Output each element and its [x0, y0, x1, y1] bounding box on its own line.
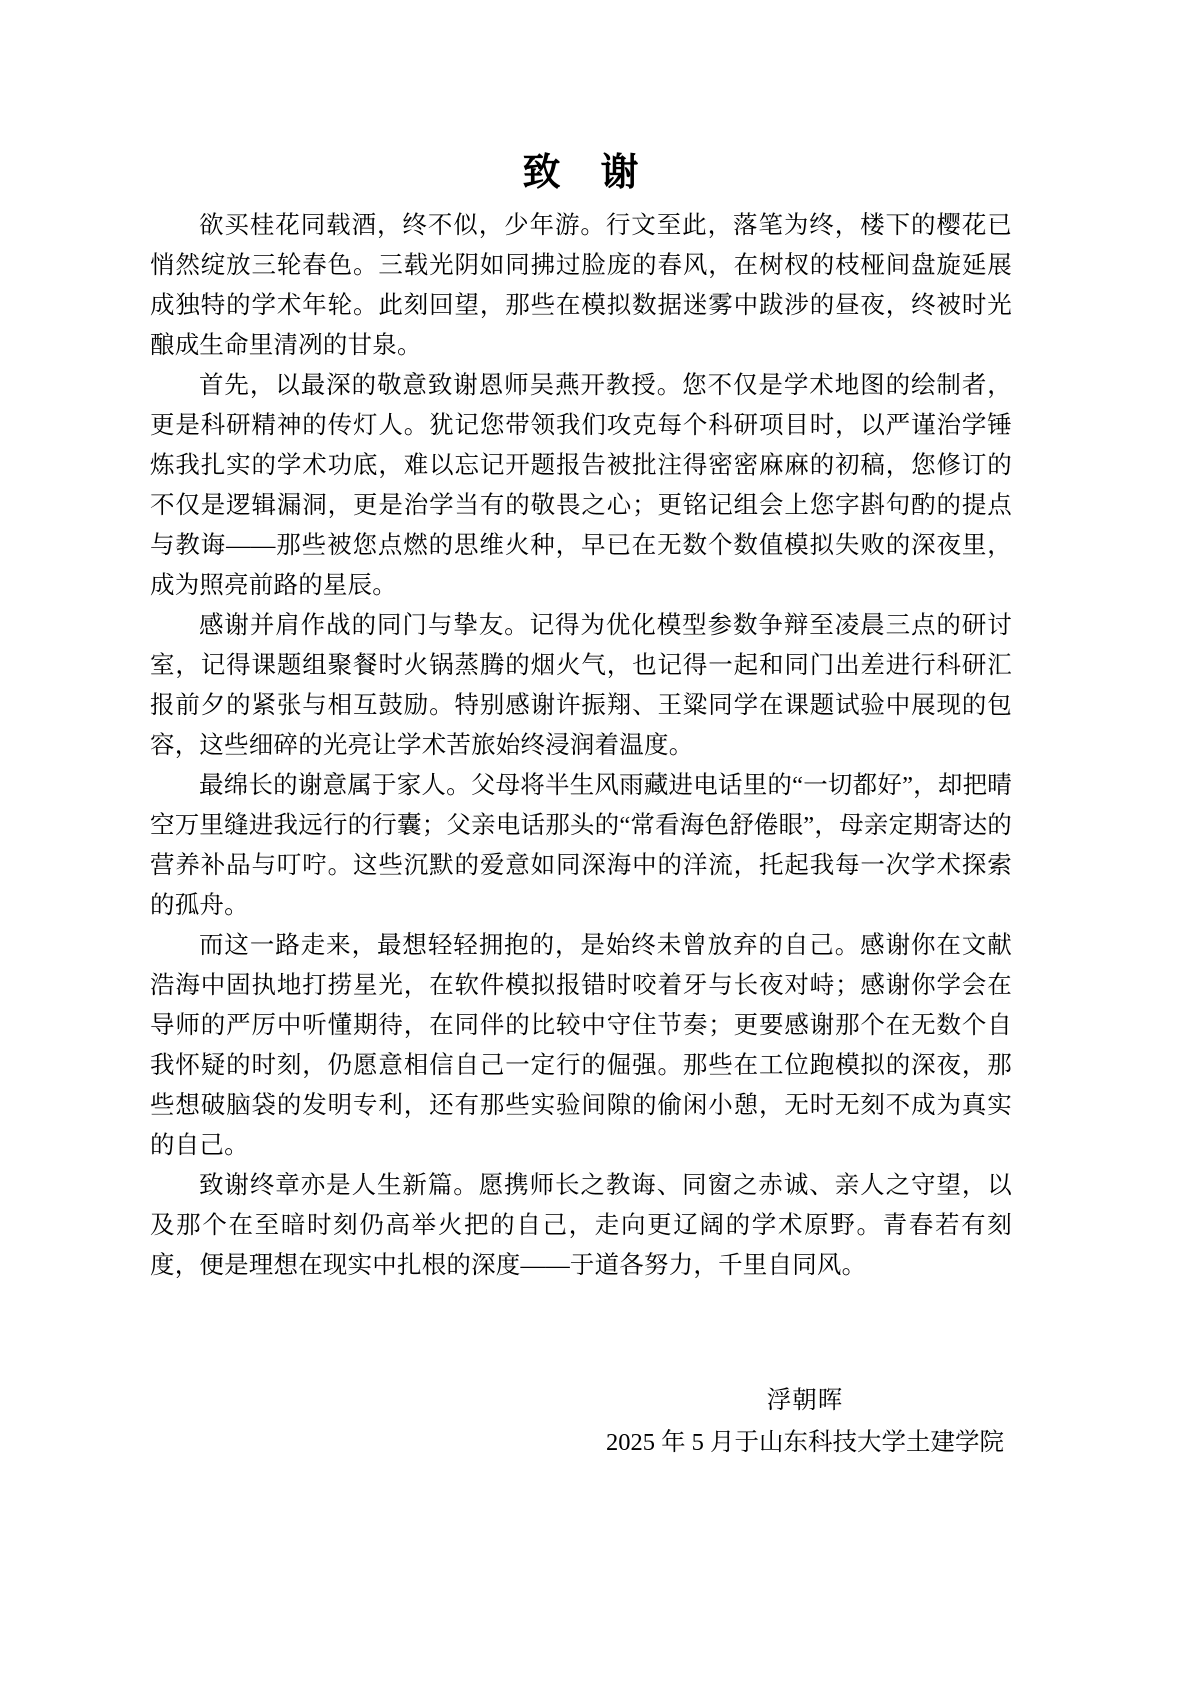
document-page: 致 谢 欲买桂花同载酒，终不似，少年游。行文至此，落笔为终，楼下的樱花已悄然绽放…: [0, 0, 1190, 1683]
paragraph-self-thanks: 而这一路走来，最想轻轻拥抱的，是始终未曾放弃的自己。感谢你在文献浩海中固执地打捞…: [150, 926, 1012, 1166]
paragraph-peers-thanks: 感谢并肩作战的同门与挚友。记得为优化模型参数争辩至凌晨三点的研讨室，记得课题组聚…: [150, 606, 1012, 766]
paragraph-opening: 欲买桂花同载酒，终不似，少年游。行文至此，落笔为终，楼下的樱花已悄然绽放三轮春色…: [150, 206, 1012, 366]
page-title: 致 谢: [150, 146, 1012, 200]
document-body: 欲买桂花同载酒，终不似，少年游。行文至此，落笔为终，楼下的樱花已悄然绽放三轮春色…: [150, 206, 1012, 1286]
paragraph-advisor-thanks: 首先，以最深的敬意致谢恩师吴燕开教授。您不仅是学术地图的绘制者，更是科研精神的传…: [150, 366, 1012, 606]
paragraph-family-thanks: 最绵长的谢意属于家人。父母将半生风雨藏进电话里的“一切都好”，却把晴空万里缝进我…: [150, 766, 1012, 926]
paragraph-closing: 致谢终章亦是人生新篇。愿携师长之教诲、同窗之赤诚、亲人之守望，以及那个在至暗时刻…: [150, 1166, 1012, 1286]
signature-date-line: 2025 年 5 月于山东科技大学土建学院: [592, 1422, 1018, 1464]
author-name: 浮朝晖: [592, 1380, 1018, 1422]
signature-block: 浮朝晖 2025 年 5 月于山东科技大学土建学院: [592, 1380, 1018, 1464]
